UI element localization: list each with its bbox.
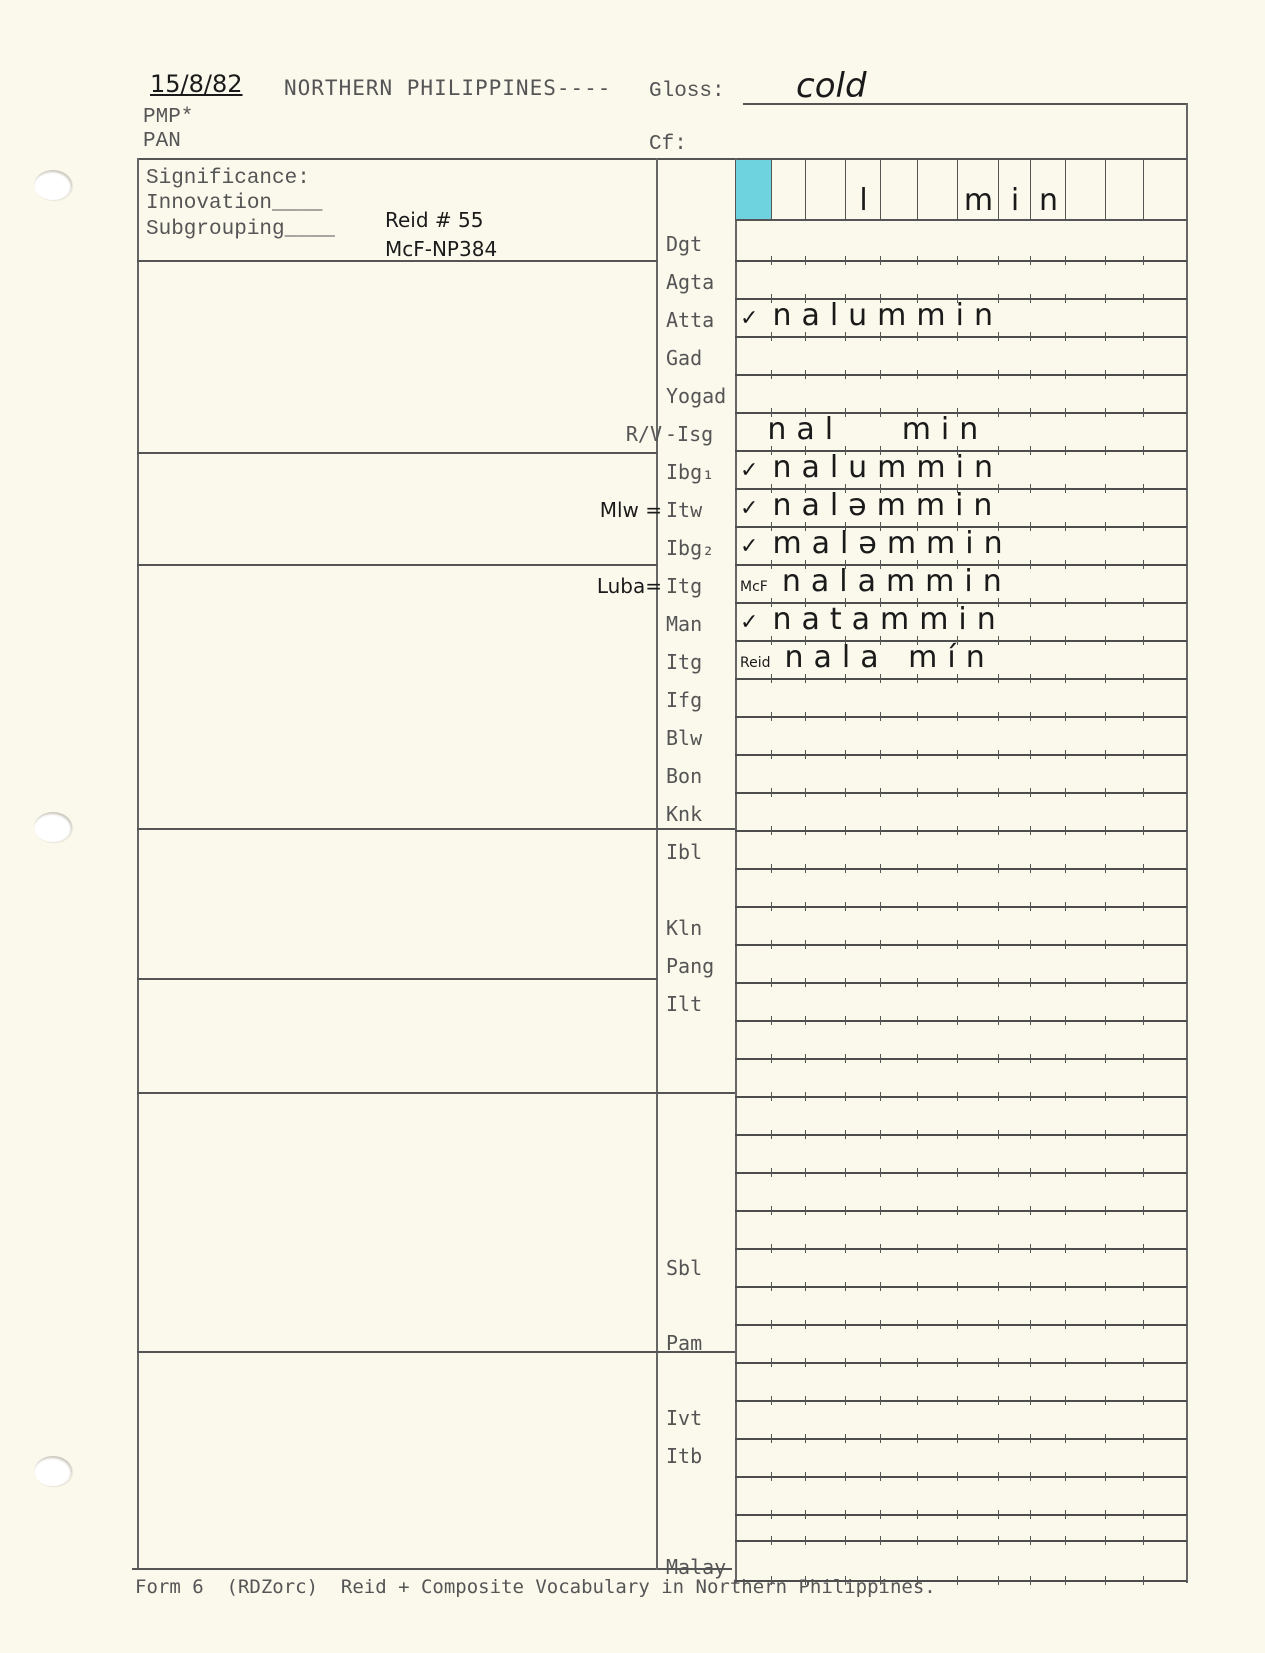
ruled-line [735,982,1187,984]
tick-mark [771,674,772,683]
ruled-line [735,754,1187,756]
tick-mark [1065,1510,1066,1519]
tick-mark [1030,902,1031,911]
tick-mark [805,864,806,873]
tick-mark [1065,1054,1066,1063]
cognate-entry: McFnalammin [740,564,1012,599]
tick-mark [880,1130,881,1139]
tick-mark [998,1434,999,1443]
tick-mark [880,826,881,835]
tick-mark [1030,1320,1031,1329]
tick-mark [1143,1282,1144,1291]
tick-mark [1065,826,1066,835]
tick-mark [771,902,772,911]
tick-mark [1143,1434,1144,1443]
tick-mark [998,1472,999,1481]
tick-mark [1030,332,1031,341]
tick-mark [1143,636,1144,645]
tick-mark [917,674,918,683]
source-tag: Reid [740,655,771,671]
tick-mark [771,712,772,721]
tick-mark [998,1206,999,1215]
language-label: Bon [666,764,702,788]
tick-mark [998,978,999,987]
tick-mark [957,1576,958,1585]
ruled-line [735,1058,1187,1060]
reconstruction-cell: i [998,160,1031,220]
tick-mark [917,1130,918,1139]
tick-mark [998,1358,999,1367]
tick-mark [1143,1510,1144,1519]
language-label: Itg [666,574,702,598]
cognate-form: nala mín [785,640,995,675]
tick-mark [771,978,772,987]
tick-mark [1105,1206,1106,1215]
tick-mark [1105,902,1106,911]
ruled-line [735,716,1187,718]
tick-mark [805,1016,806,1025]
tick-mark [998,788,999,797]
section-divider [137,1351,735,1353]
tick-mark [805,750,806,759]
tick-mark [1030,1282,1031,1291]
tick-mark [1105,826,1106,835]
ruled-line [735,1134,1187,1136]
tick-mark [1105,560,1106,569]
tick-mark [917,1434,918,1443]
tick-mark [1065,1206,1066,1215]
tick-mark [917,1510,918,1519]
tick-mark [880,1092,881,1101]
tick-mark [917,1358,918,1367]
tick-mark [1105,1536,1106,1545]
tick-mark [957,902,958,911]
tick-mark [805,1168,806,1177]
tick-mark [1065,1168,1066,1177]
tick-mark [1143,826,1144,835]
gloss-label: Gloss: [649,80,725,103]
tick-mark [880,712,881,721]
tick-mark [1105,294,1106,303]
tick-mark [1105,788,1106,797]
tick-mark [880,256,881,265]
tick-mark [998,1168,999,1177]
source-tag: McF [740,579,768,595]
reconstruction-cell: m [957,160,999,220]
section-divider [137,452,657,454]
ruled-line [735,260,1187,262]
tick-mark [957,712,958,721]
tick-mark [1143,1396,1144,1405]
tick-mark [998,750,999,759]
pmp-label: PMP* [143,106,193,129]
tick-mark [880,1244,881,1253]
language-label: -Isg [665,422,713,446]
tick-mark [805,1320,806,1329]
tick-mark [998,864,999,873]
language-prefix: R/V [626,422,662,446]
tick-mark [805,712,806,721]
frame-right [1186,103,1188,1583]
cognate-form: nalummin [772,450,1003,485]
tick-mark [880,1434,881,1443]
ruled-line [735,906,1187,908]
tick-mark [1105,1130,1106,1139]
section-divider [137,978,657,980]
tick-mark [880,1054,881,1063]
tick-mark [957,370,958,379]
date: 15/8/82 [150,70,243,98]
tick-mark [1030,446,1031,455]
tick-mark [845,674,846,683]
ruled-line [735,1210,1187,1212]
tick-mark [805,1536,806,1545]
tick-mark [771,826,772,835]
language-label: Itw [666,498,702,522]
tick-mark [771,1206,772,1215]
tick-mark [771,1434,772,1443]
tick-mark [998,826,999,835]
cognate-form: maləmmin [772,526,1012,561]
ruled-line [735,1540,1187,1542]
tick-mark [771,1358,772,1367]
tick-mark [1030,1092,1031,1101]
tick-mark [957,256,958,265]
tick-mark [998,636,999,645]
tick-mark [1030,1016,1031,1025]
tick-mark [1065,1358,1066,1367]
tick-mark [917,978,918,987]
tick-mark [1065,1282,1066,1291]
tick-mark [998,1092,999,1101]
cognate-entry: ✓natammin [740,602,1006,637]
tick-mark [957,864,958,873]
tick-mark [957,1092,958,1101]
tick-mark [1030,1472,1031,1481]
tick-mark [1105,712,1106,721]
tick-mark [1030,1576,1031,1585]
tick-mark [957,1016,958,1025]
tick-mark [1030,978,1031,987]
section-divider [137,828,735,830]
tick-mark [771,788,772,797]
tick-mark [805,1206,806,1215]
ruled-line [735,1514,1187,1516]
tick-mark [917,1168,918,1177]
ruled-line [735,1020,1187,1022]
cognate-form: nal min [767,412,988,447]
tick-mark [1030,1054,1031,1063]
tick-mark [880,1472,881,1481]
language-label: Sbl [666,1256,702,1280]
tick-mark [880,332,881,341]
tick-mark [1065,940,1066,949]
tick-mark [845,1282,846,1291]
tick-mark [998,1244,999,1253]
tick-mark [1065,560,1066,569]
tick-mark [998,370,999,379]
tick-mark [805,1358,806,1367]
label-column-right [735,158,737,1583]
section-divider [137,1092,735,1094]
cognate-entry: Reidnala mín [740,640,995,675]
reconstruction-cell [880,160,918,220]
tick-mark [998,674,999,683]
tick-mark [845,1472,846,1481]
tick-mark [845,826,846,835]
tick-mark [845,750,846,759]
tick-mark [805,1244,806,1253]
reid-reference: Reid # 55 [385,208,483,232]
tick-mark [1065,256,1066,265]
tick-mark [1030,1358,1031,1367]
section-divider [137,564,657,566]
tick-mark [1030,712,1031,721]
tick-mark [845,1536,846,1545]
tick-mark [957,978,958,987]
reconstruction-cell: l [845,160,881,220]
tick-mark [771,1244,772,1253]
tick-mark [1065,674,1066,683]
tick-mark [1065,1536,1066,1545]
tick-mark [771,1130,772,1139]
tick-mark [1065,1434,1066,1443]
tick-mark [917,1054,918,1063]
tick-mark [1105,1396,1106,1405]
tick-mark [771,1016,772,1025]
tick-mark [805,902,806,911]
tick-mark [845,712,846,721]
tick-mark [1065,408,1066,417]
ruled-line [735,792,1187,794]
tick-mark [1143,788,1144,797]
tick-mark [1065,636,1066,645]
tick-mark [845,1510,846,1519]
tick-mark [805,1510,806,1519]
check-icon: ✓ [740,306,758,331]
ruled-line [735,1248,1187,1250]
tick-mark [1143,1472,1144,1481]
tick-mark [1105,1472,1106,1481]
tick-mark [1065,1244,1066,1253]
tick-mark [771,370,772,379]
language-prefix: Mlw = [600,498,662,522]
tick-mark [1143,674,1144,683]
tick-mark [1143,256,1144,265]
language-label: Ilt [666,992,702,1016]
tick-mark [845,332,846,341]
frame-bottom [132,1568,732,1570]
language-label: Pang [666,954,714,978]
cf-label: Cf: [649,133,687,156]
tick-mark [1065,712,1066,721]
tick-mark [771,1472,772,1481]
tick-mark [805,978,806,987]
tick-mark [805,1054,806,1063]
check-icon: ✓ [740,496,758,521]
tick-mark [1143,1016,1144,1025]
tick-mark [771,1396,772,1405]
tick-mark [1030,674,1031,683]
language-label: Ibg₂ [666,536,714,560]
tick-mark [998,712,999,721]
tick-mark [845,1320,846,1329]
tick-mark [1143,446,1144,455]
tick-mark [1030,1168,1031,1177]
tick-mark [917,256,918,265]
tick-mark [1143,560,1144,569]
tick-mark [998,940,999,949]
ruled-line [735,868,1187,870]
tick-mark [1143,294,1144,303]
language-label: Ivt [666,1406,702,1430]
cell-letter: m [958,183,999,218]
tick-mark [1143,484,1144,493]
tick-mark [1030,826,1031,835]
tick-mark [880,1358,881,1367]
cognate-entry: nal min [740,412,988,447]
tick-mark [1143,750,1144,759]
tick-mark [917,1536,918,1545]
tick-mark [880,978,881,987]
label-column-left [656,158,658,1570]
tick-mark [1030,370,1031,379]
tick-mark [880,864,881,873]
tick-mark [1105,1282,1106,1291]
tick-mark [1065,484,1066,493]
region-title: NORTHERN PHILIPPINES---- [284,76,611,100]
tick-mark [1143,1054,1144,1063]
ruled-line [735,1362,1187,1364]
tick-mark [1105,864,1106,873]
tick-mark [1143,598,1144,607]
tick-mark [1143,940,1144,949]
tick-mark [1030,484,1031,493]
tick-mark [998,1536,999,1545]
binder-hole [34,170,72,200]
tick-mark [845,788,846,797]
mcf-reference: McF-NP384 [385,237,497,261]
language-label: Ibg₁ [666,460,714,484]
tick-mark [1065,294,1066,303]
highlighted-cell [735,160,772,220]
tick-mark [1143,332,1144,341]
tick-mark [845,1206,846,1215]
language-label: Atta [666,308,714,332]
tick-mark [957,1168,958,1177]
tick-mark [957,1396,958,1405]
tick-mark [1065,902,1066,911]
tick-mark [805,1472,806,1481]
cell-row-bottom [735,219,1187,221]
tick-mark [917,788,918,797]
tick-mark [998,902,999,911]
tick-mark [917,1016,918,1025]
tick-mark [998,332,999,341]
tick-mark [917,826,918,835]
tick-mark [998,1054,999,1063]
tick-mark [1065,446,1066,455]
tick-mark [1143,1206,1144,1215]
tick-mark [1105,674,1106,683]
tick-mark [845,940,846,949]
tick-mark [805,370,806,379]
tick-mark [805,1434,806,1443]
tick-mark [1030,1244,1031,1253]
tick-mark [1143,370,1144,379]
tick-mark [1105,484,1106,493]
tick-mark [845,1396,846,1405]
tick-mark [1105,750,1106,759]
tick-mark [1105,1320,1106,1329]
tick-mark [845,902,846,911]
tick-mark [771,1168,772,1177]
tick-mark [1143,978,1144,987]
tick-mark [880,1016,881,1025]
language-label: Blw [666,726,702,750]
tick-mark [917,940,918,949]
footer-text: Form 6 (RDZorc) Reid + Composite Vocabul… [135,1576,936,1598]
source-tag [740,427,753,443]
reconstruction-cell [771,160,806,220]
language-label: Dgt [666,232,702,256]
tick-mark [880,902,881,911]
tick-mark [805,674,806,683]
tick-mark [1065,864,1066,873]
tick-mark [1143,1130,1144,1139]
tick-mark [845,1358,846,1367]
cognate-entry: ✓maləmmin [740,526,1013,561]
tick-mark [1030,522,1031,531]
tick-mark [1143,864,1144,873]
tick-mark [917,1244,918,1253]
tick-mark [1105,370,1106,379]
tick-mark [998,1396,999,1405]
pan-label: PAN [143,130,181,153]
tick-mark [1105,1434,1106,1443]
check-icon: ✓ [740,534,758,559]
cognate-entry: ✓nalummin [740,298,1003,333]
tick-mark [1143,1168,1144,1177]
binder-hole [34,1456,72,1486]
tick-mark [1143,408,1144,417]
tick-mark [880,1396,881,1405]
tick-mark [805,1282,806,1291]
tick-mark [1105,1510,1106,1519]
tick-mark [1065,1092,1066,1101]
ruled-line [735,336,1187,338]
tick-mark [1030,598,1031,607]
tick-mark [1030,1510,1031,1519]
ruled-line [735,374,1187,376]
tick-mark [1105,1358,1106,1367]
tick-mark [1030,1206,1031,1215]
language-label: Man [666,612,702,636]
subgrouping-label: Subgrouping____ [146,218,335,241]
tick-mark [1143,1092,1144,1101]
tick-mark [957,940,958,949]
cognate-form: nalummin [772,298,1003,333]
tick-mark [805,940,806,949]
tick-mark [917,864,918,873]
tick-mark [1105,636,1106,645]
tick-mark [771,750,772,759]
tick-mark [1030,1434,1031,1443]
tick-mark [957,750,958,759]
cell-letter: n [1031,183,1066,218]
tick-mark [957,826,958,835]
tick-mark [1105,598,1106,607]
